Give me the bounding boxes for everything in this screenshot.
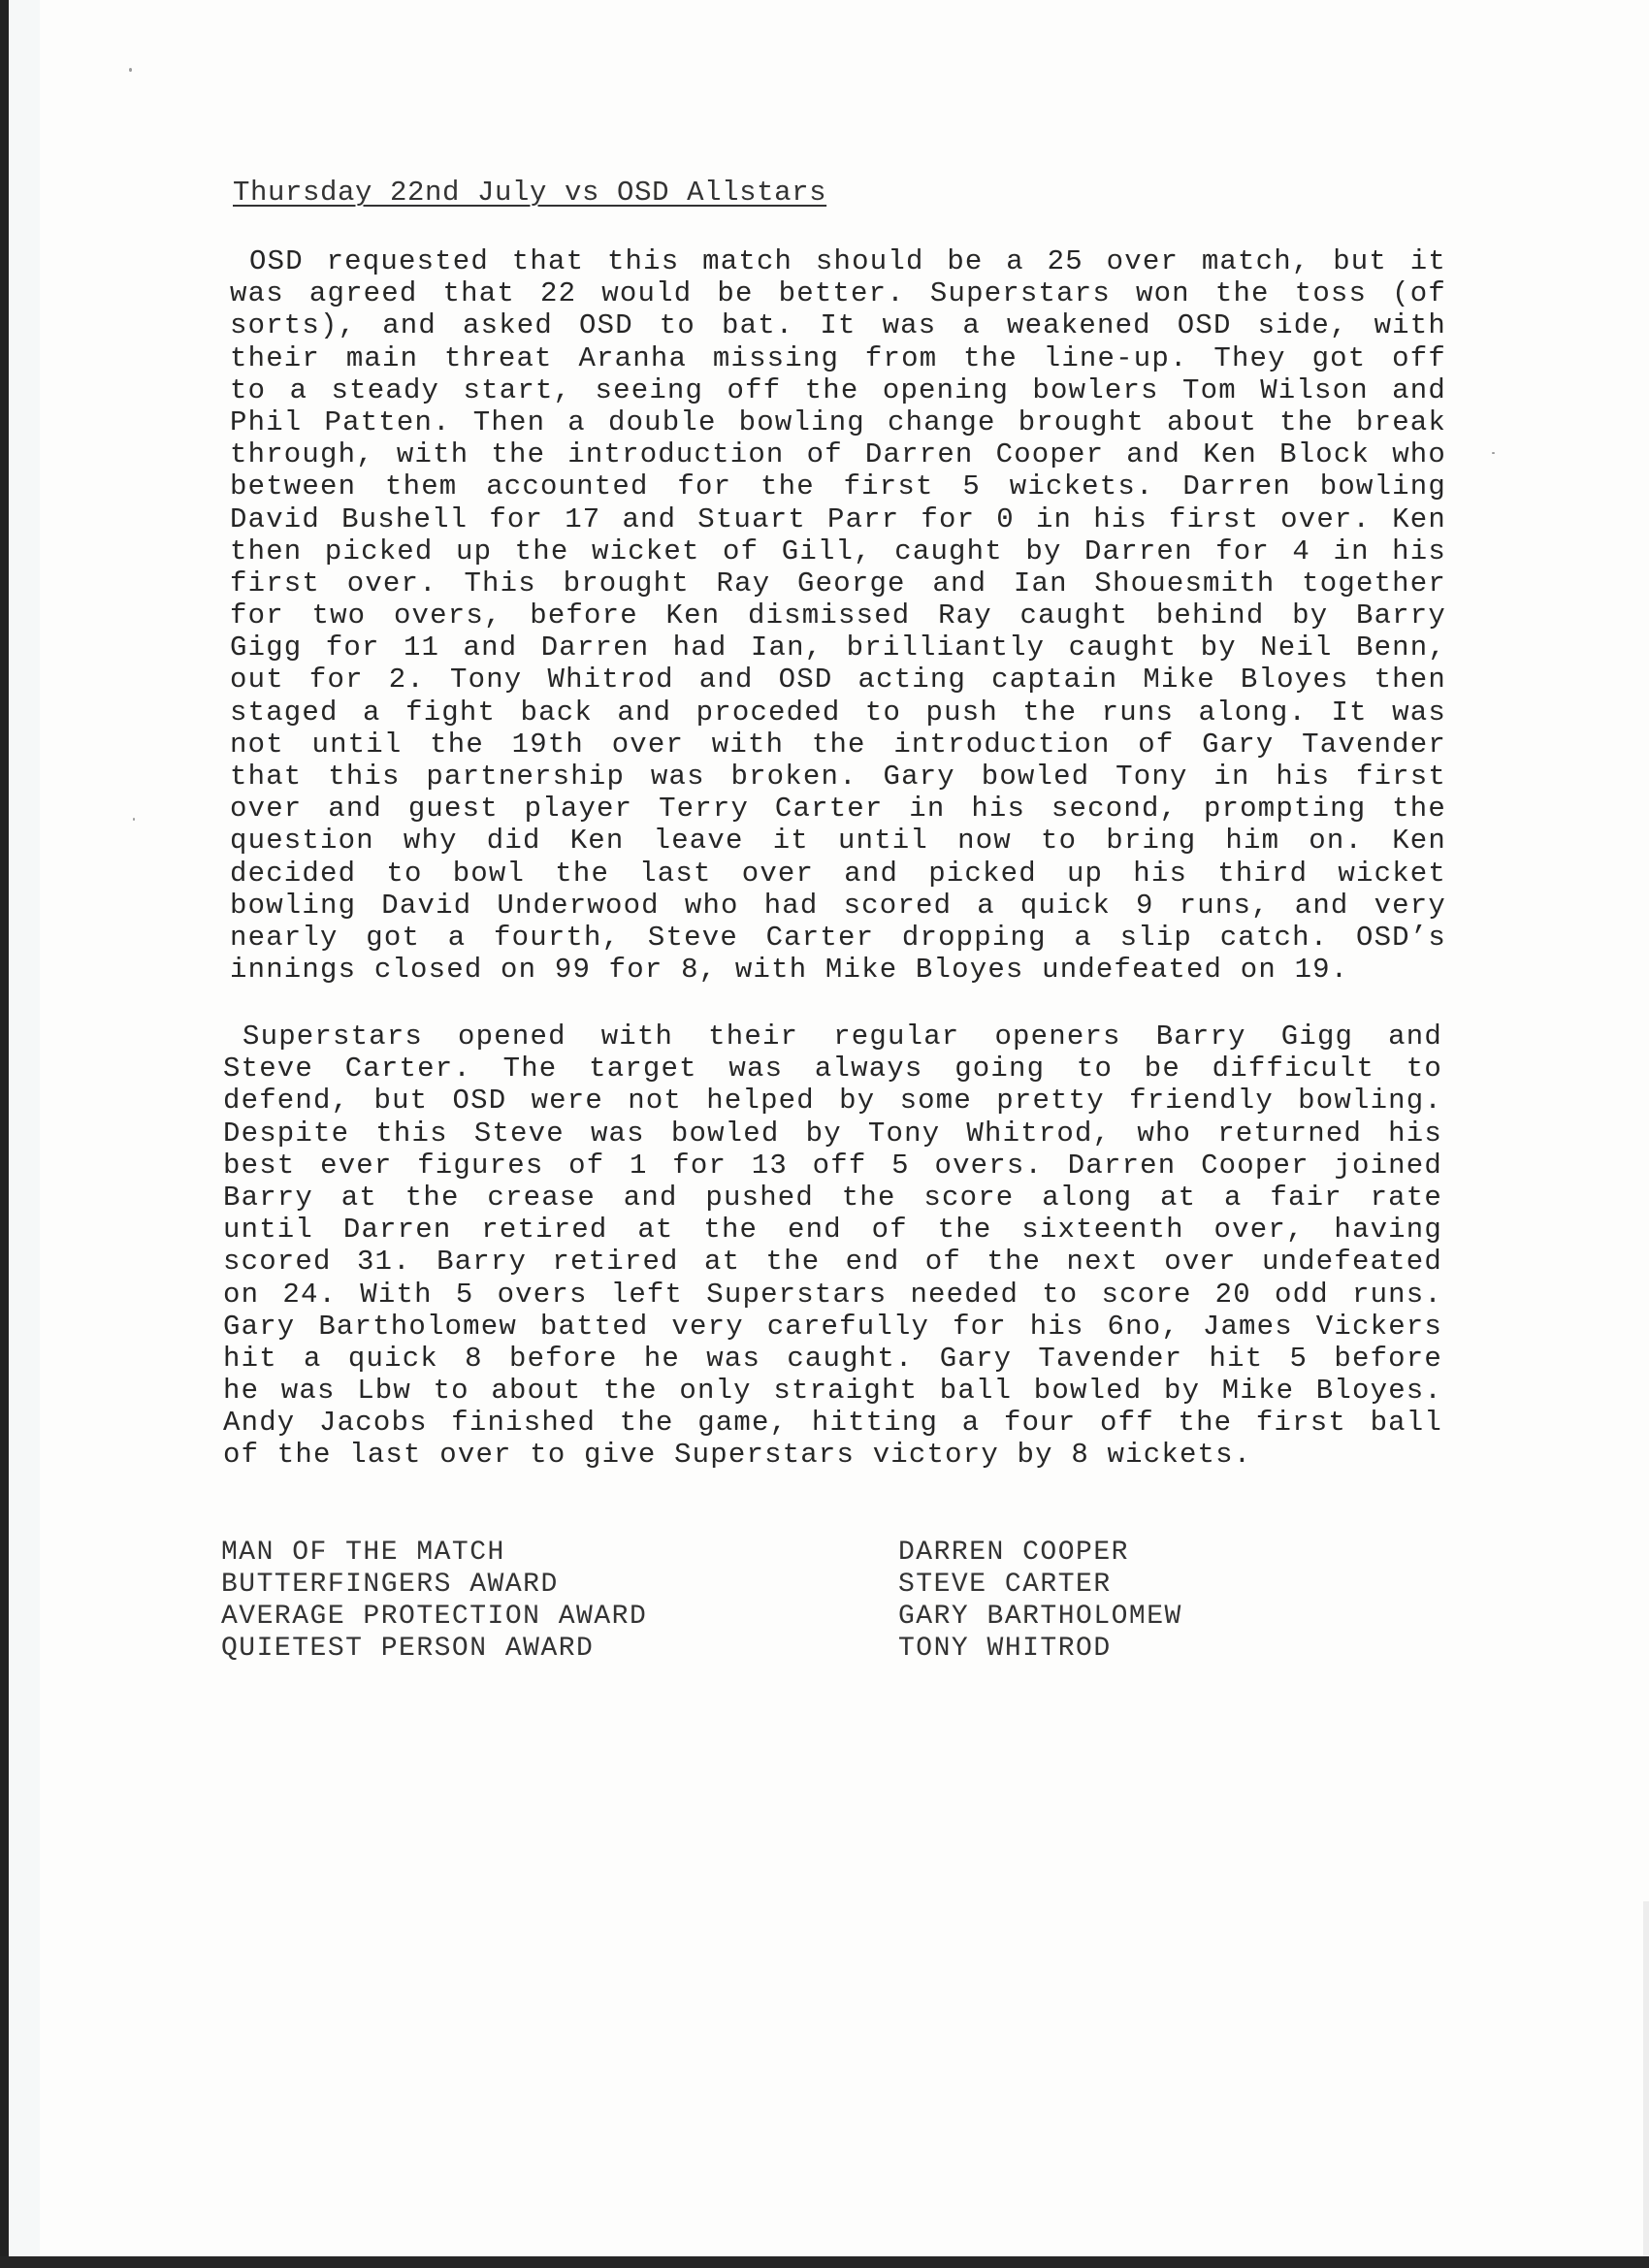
award-winner: GARY BARTHOLOMEW [898, 1601, 1182, 1633]
paragraph-line: then picked up the wicket of Gill, caugh… [230, 535, 1446, 567]
second-innings-report: Superstars opened with their regular ope… [223, 1021, 1442, 1472]
award-name: QUIETEST PERSON AWARD [221, 1633, 898, 1665]
scan-speck [129, 68, 132, 72]
award-winner: TONY WHITROD [898, 1633, 1112, 1665]
paragraph-line: Despite this Steve was bowled by Tony Wh… [223, 1118, 1442, 1150]
paragraph-line: through, with the introduction of Darren… [230, 438, 1446, 470]
award-row: QUIETEST PERSON AWARDTONY WHITROD [221, 1633, 1288, 1665]
paragraph-line: to a steady start, seeing off the openin… [230, 374, 1446, 406]
paragraph-line: defend, but OSD were not helped by some … [223, 1085, 1442, 1117]
awards-list: MAN OF THE MATCHDARREN COOPERBUTTERFINGE… [221, 1537, 1288, 1665]
award-winner: STEVE CARTER [898, 1569, 1112, 1601]
paragraph-line: their main threat Aranha missing from th… [230, 342, 1446, 374]
scan-speck [1492, 452, 1495, 454]
scan-speck [133, 818, 135, 821]
paragraph-line: out for 2. Tony Whitrod and OSD acting c… [230, 664, 1446, 696]
scan-edge-bottom [0, 2256, 1649, 2268]
paragraph-line: Barry at the crease and pushed the score… [223, 1182, 1442, 1214]
paragraph-line: bowling David Underwood who had scored a… [230, 890, 1446, 922]
award-row: BUTTERFINGERS AWARDSTEVE CARTER [221, 1569, 1288, 1601]
award-row: AVERAGE PROTECTION AWARDGARY BARTHOLOMEW [221, 1601, 1288, 1633]
paragraph-line: hit a quick 8 before he was caught. Gary… [223, 1343, 1442, 1375]
award-row: MAN OF THE MATCHDARREN COOPER [221, 1537, 1288, 1569]
scanned-page: Thursday 22nd July vs OSD Allstars OSD r… [0, 0, 1649, 2256]
paragraph-line: Phil Patten. Then a double bowling chang… [230, 406, 1446, 438]
paragraph-line: Andy Jacobs finished the game, hitting a… [223, 1407, 1442, 1439]
paragraph-line: best ever figures of 1 for 13 off 5 over… [223, 1150, 1442, 1182]
paragraph-line: Steve Carter. The target was always goin… [223, 1053, 1442, 1085]
award-name: MAN OF THE MATCH [221, 1537, 898, 1569]
paragraph-line: innings closed on 99 for 8, with Mike Bl… [230, 954, 1446, 986]
paragraph-line: Superstars opened with their regular ope… [223, 1021, 1442, 1053]
paragraph-line: between them accounted for the first 5 w… [230, 470, 1446, 502]
paragraph-line: until Darren retired at the end of the s… [223, 1214, 1442, 1246]
paragraph-line: he was Lbw to about the only straight ba… [223, 1375, 1442, 1407]
paragraph-line: sorts), and asked OSD to bat. It was a w… [230, 309, 1446, 341]
paragraph-line: that this partnership was broken. Gary b… [230, 761, 1446, 793]
match-title: Thursday 22nd July vs OSD Allstars [233, 177, 826, 209]
paragraph-line: question why did Ken leave it until now … [230, 825, 1446, 857]
award-name: BUTTERFINGERS AWARD [221, 1569, 898, 1601]
first-innings-report: OSD requested that this match should be … [230, 245, 1446, 986]
award-name: AVERAGE PROTECTION AWARD [221, 1601, 898, 1633]
paragraph-line: staged a fight back and proceded to push… [230, 697, 1446, 729]
paragraph-line: on 24. With 5 overs left Superstars need… [223, 1279, 1442, 1311]
paragraph-line: scored 31. Barry retired at the end of t… [223, 1246, 1442, 1278]
paragraph-line: OSD requested that this match should be … [230, 245, 1446, 277]
paragraph-line: David Bushell for 17 and Stuart Parr for… [230, 503, 1446, 535]
paragraph-line: for two overs, before Ken dismissed Ray … [230, 599, 1446, 632]
paragraph-line: nearly got a fourth, Steve Carter droppi… [230, 922, 1446, 954]
paragraph-line: was agreed that 22 would be better. Supe… [230, 277, 1446, 309]
paragraph-line: decided to bowl the last over and picked… [230, 858, 1446, 890]
paragraph-line: over and guest player Terry Carter in hi… [230, 793, 1446, 825]
award-winner: DARREN COOPER [898, 1537, 1129, 1569]
paragraph-line: not until the 19th over with the introdu… [230, 729, 1446, 761]
paragraph-line: Gary Bartholomew batted very carefully f… [223, 1311, 1442, 1343]
paragraph-line: Gigg for 11 and Darren had Ian, brillian… [230, 632, 1446, 664]
paragraph-line: first over. This brought Ray George and … [230, 567, 1446, 599]
paragraph-line: of the last over to give Superstars vict… [223, 1439, 1442, 1471]
